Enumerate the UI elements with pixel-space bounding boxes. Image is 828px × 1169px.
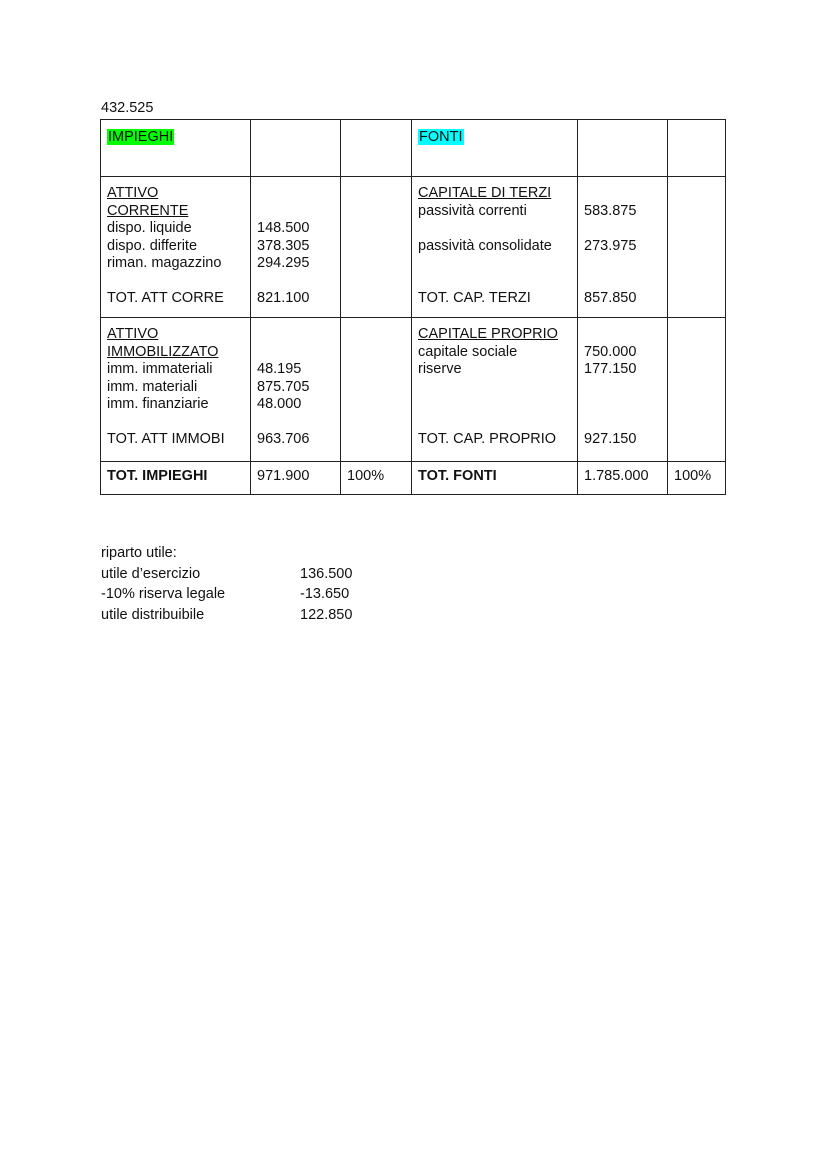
item-value: 273.975	[584, 238, 661, 256]
attivo-corrente-values: 148.500 378.305 294.295 821.100	[251, 177, 341, 318]
capitale-proprio-title: CAPITALE PROPRIO	[418, 326, 571, 344]
total-label: TOT. ATT IMMOBI	[107, 431, 244, 449]
top-number: 432.525	[101, 100, 153, 117]
balance-sheet-table: IMPIEGHI FONTI ATTIVO CORRENTE dispo. li…	[100, 119, 726, 495]
impieghi-header-cell: IMPIEGHI	[101, 120, 251, 177]
tot-fonti-label: TOT. FONTI	[412, 462, 578, 495]
item-value: 750.000	[584, 344, 661, 362]
capitale-terzi-values: 583.875 273.975 857.850	[578, 177, 668, 318]
total-value: 927.150	[584, 431, 661, 449]
riparto-value: 122.850	[300, 605, 352, 626]
riparto-row: utile d’esercizio 136.500	[101, 564, 352, 585]
riparto-value: -13.650	[300, 584, 349, 605]
attivo-immobilizzato-labels: ATTIVO IMMOBILIZZATO imm. immateriali im…	[101, 318, 251, 462]
riparto-label: utile d’esercizio	[101, 564, 300, 585]
attivo-immobilizzato-title-2: IMMOBILIZZATO	[107, 344, 244, 362]
total-label: TOT. CAP. TERZI	[418, 290, 571, 308]
attivo-corrente-labels: ATTIVO CORRENTE dispo. liquide dispo. di…	[101, 177, 251, 318]
section-row-2: ATTIVO IMMOBILIZZATO imm. immateriali im…	[101, 318, 726, 462]
totals-row: TOT. IMPIEGHI 971.900 100% TOT. FONTI 1.…	[101, 462, 726, 495]
tot-impieghi-value: 971.900	[251, 462, 341, 495]
item-value: 294.295	[257, 255, 334, 273]
tot-impieghi-pct: 100%	[341, 462, 412, 495]
item-label: capitale sociale	[418, 344, 571, 362]
item-value: 177.150	[584, 361, 661, 379]
tot-fonti-pct: 100%	[668, 462, 726, 495]
impieghi-header: IMPIEGHI	[107, 129, 174, 145]
attivo-corrente-title: ATTIVO	[107, 185, 244, 203]
attivo-immobilizzato-values: 48.195 875.705 48.000 963.706	[251, 318, 341, 462]
capitale-proprio-values: 750.000 177.150 927.150	[578, 318, 668, 462]
capitale-terzi-labels: CAPITALE DI TERZI passività correnti pas…	[412, 177, 578, 318]
tot-impieghi-label: TOT. IMPIEGHI	[101, 462, 251, 495]
total-value: 821.100	[257, 290, 334, 308]
total-label: TOT. CAP. PROPRIO	[418, 431, 571, 449]
attivo-corrente-title-2: CORRENTE	[107, 203, 244, 221]
item-label: imm. finanziarie	[107, 396, 244, 414]
item-label: riserve	[418, 361, 571, 379]
item-label: imm. immateriali	[107, 361, 244, 379]
item-value: 378.305	[257, 238, 334, 256]
item-value: 48.000	[257, 396, 334, 414]
total-value: 963.706	[257, 431, 334, 449]
header-row: IMPIEGHI FONTI	[101, 120, 726, 177]
riparto-title: riparto utile:	[101, 543, 352, 564]
item-label: imm. materiali	[107, 379, 244, 397]
item-label: passività consolidate	[418, 238, 571, 256]
riparto-row: -10% riserva legale -13.650	[101, 584, 352, 605]
item-label: passività correnti	[418, 203, 571, 221]
total-value: 857.850	[584, 290, 661, 308]
riparto-label: utile distribuibile	[101, 605, 300, 626]
item-value: 875.705	[257, 379, 334, 397]
item-label: dispo. liquide	[107, 220, 244, 238]
section-row-1: ATTIVO CORRENTE dispo. liquide dispo. di…	[101, 177, 726, 318]
item-label: dispo. differite	[107, 238, 244, 256]
tot-fonti-value: 1.785.000	[578, 462, 668, 495]
item-label: riman. magazzino	[107, 255, 244, 273]
fonti-header: FONTI	[418, 129, 464, 145]
attivo-immobilizzato-title: ATTIVO	[107, 326, 244, 344]
capitale-terzi-title: CAPITALE DI TERZI	[418, 185, 571, 203]
item-value: 583.875	[584, 203, 661, 221]
capitale-proprio-labels: CAPITALE PROPRIO capitale sociale riserv…	[412, 318, 578, 462]
riparto-row: utile distribuibile 122.850	[101, 605, 352, 626]
riparto-label: -10% riserva legale	[101, 584, 300, 605]
riparto-value: 136.500	[300, 564, 352, 585]
item-value: 48.195	[257, 361, 334, 379]
fonti-header-cell: FONTI	[412, 120, 578, 177]
total-label: TOT. ATT CORRE	[107, 290, 244, 308]
item-value: 148.500	[257, 220, 334, 238]
riparto-utile: riparto utile: utile d’esercizio 136.500…	[101, 543, 352, 625]
